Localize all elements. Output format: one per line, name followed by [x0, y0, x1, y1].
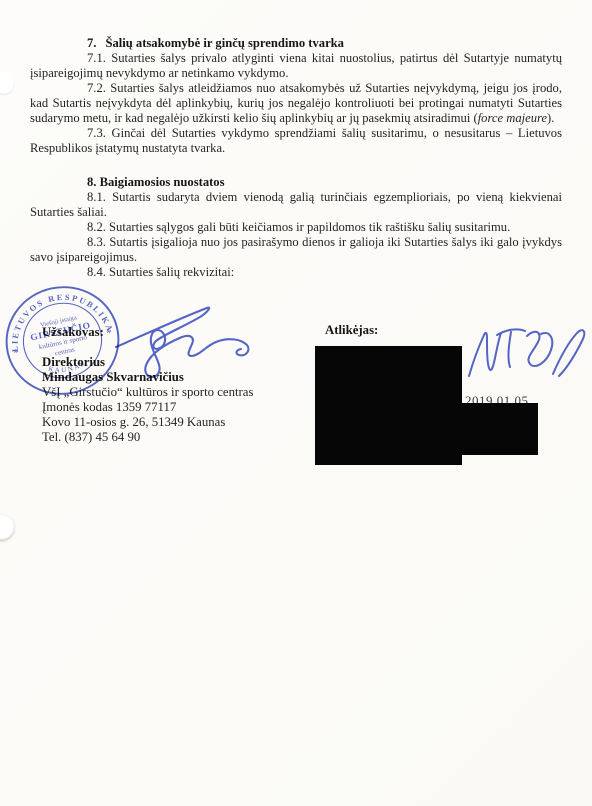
- clause-8-3: 8.3. Sutartis įsigalioja nuo jos pasiraš…: [30, 235, 562, 265]
- contract-body: 7.Šalių atsakomybė ir ginčų sprendimo tv…: [30, 36, 562, 280]
- clause-7-2-force-majeure: force majeure: [478, 111, 547, 125]
- paper-smudge-artifact: [0, 72, 14, 94]
- clause-7-2-end: ).: [547, 111, 554, 125]
- clause-7-1: 7.1. Sutarties šalys privalo atlyginti v…: [30, 51, 562, 81]
- stamp-line-kaunas: KAUNAS: [46, 357, 88, 378]
- clause-8-2: 8.2. Sutarties sąlygos gali būti keičiam…: [30, 220, 562, 235]
- customer-phone: Tel. (837) 45 64 90: [42, 430, 253, 445]
- redaction-box-small: [460, 403, 538, 455]
- stamp-bottom-text-path: [37, 353, 98, 378]
- clause-8-1: 8.1. Sutartis sudaryta dviem vienodą gal…: [30, 190, 562, 220]
- customer-company-code: Įmonės kodas 1359 77117: [42, 400, 253, 415]
- contractor-signature: [455, 320, 592, 385]
- customer-signature: [108, 295, 265, 385]
- clause-7-2: 7.2. Sutarties šalys atleidžiamos nuo at…: [30, 81, 562, 126]
- section7-heading: 7.Šalių atsakomybė ir ginčų sprendimo tv…: [30, 36, 562, 51]
- contractor-label: Atlikėjas:: [325, 323, 378, 338]
- section8-heading: 8. Baigiamosios nuostatos: [30, 175, 562, 190]
- punch-hole-artifact: [0, 515, 14, 540]
- customer-address: Kovo 11-osios g. 26, 51349 Kaunas: [42, 415, 253, 430]
- scanned-contract-page: 7.Šalių atsakomybė ir ginčų sprendimo tv…: [0, 0, 592, 806]
- section7-title: Šalių atsakomybė ir ginčų sprendimo tvar…: [105, 36, 344, 50]
- redaction-box-large: [315, 346, 462, 465]
- section7-number: 7.: [87, 36, 96, 51]
- clause-7-3: 7.3. Ginčai dėl Sutarties vykdymo sprend…: [30, 126, 562, 156]
